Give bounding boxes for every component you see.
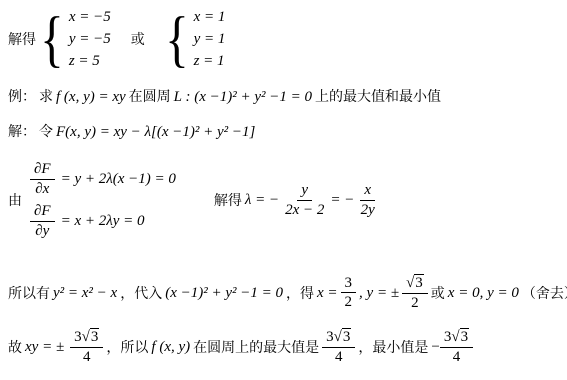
equation-system-right: x = 1 y = 1 z = 1	[194, 6, 226, 72]
substitution-line: 所以有 y² = x² − x ，代入 (x −1)² + y² −1 = 0 …	[8, 274, 567, 311]
lambda-lhs: λ = −	[245, 190, 279, 210]
objective-function: f (x, y) = xy	[56, 87, 126, 107]
solution-systems-line: 解得 { x = −5 y = −5 z = 5 或 { x = 1 y = 1…	[8, 6, 225, 72]
example-statement-line: 例： 求 f (x, y) = xy 在圆周 L : (x −1)² + y² …	[8, 86, 441, 107]
fraction-dFdy: ∂F ∂y	[30, 203, 55, 239]
equation-dFdx: ∂F ∂x = y + 2λ(x −1) = 0	[27, 161, 176, 197]
radical-sign: √	[406, 275, 414, 292]
solve-label: 解得	[8, 29, 36, 49]
derivative-equations: ∂F ∂x = y + 2λ(x −1) = 0 ∂F ∂y = x + 2λy…	[27, 161, 176, 239]
max-value-text: 在圆周上的最大值是	[193, 337, 319, 357]
radicand: 3	[90, 328, 100, 346]
lagrange-function: F(x, y) = xy − λ[(x −1)² + y² −1]	[56, 122, 255, 142]
hence-label: 故	[8, 337, 22, 357]
equation: y = −5	[69, 28, 111, 50]
x-value-lhs: x =	[317, 283, 338, 303]
objective-function: f (x, y)	[151, 337, 190, 357]
math-document-page: 解得 { x = −5 y = −5 z = 5 或 { x = 1 y = 1…	[0, 0, 567, 380]
constraint-curve: L : (x −1)² + y² −1 = 0	[174, 87, 312, 107]
coefficient: 3	[326, 329, 334, 346]
partial-derivatives-block: 由 ∂F ∂x = y + 2λ(x −1) = 0 ∂F ∂y = x + 2…	[8, 161, 378, 239]
minus-sign: −	[431, 337, 439, 357]
fraction-dFdx: ∂F ∂x	[30, 161, 55, 197]
fraction-y-over-2x-2: y 2x − 2	[285, 182, 324, 218]
radical-sign: √	[334, 329, 342, 346]
equation: z = 5	[69, 50, 111, 72]
zero-solution: x = 0, y = 0	[448, 283, 519, 303]
fraction-x-over-2y: x 2y	[360, 182, 375, 218]
lagrange-setup-line: 解： 令 F(x, y) = xy − λ[(x −1)² + y² −1]	[8, 121, 258, 142]
conclusion-line: 故 xy = ± 3 √ 3 4 ，所以 f (x, y) 在圆周上的最大值是 …	[8, 328, 476, 365]
equation-dFdy: ∂F ∂y = x + 2λy = 0	[27, 203, 176, 239]
fraction-3-over-2: 3 2	[341, 275, 357, 311]
equation: y = 1	[194, 28, 226, 50]
equation-system-left: x = −5 y = −5 z = 5	[69, 6, 111, 72]
radical-sign: √	[451, 329, 459, 346]
y-value-lhs: , y = ±	[359, 283, 399, 303]
lambda-solution: 解得 λ = − y 2x − 2 = − x 2y	[214, 182, 378, 218]
relation-y2: y² = x² − x	[53, 283, 117, 303]
lambda-mid: = −	[330, 190, 354, 210]
example-mid-text: 在圆周	[129, 86, 171, 106]
fraction-3sqrt3-over-4: 3 √ 3 4	[322, 328, 355, 365]
left-brace: {	[40, 3, 64, 74]
so-text: ，所以	[106, 337, 148, 357]
left-brace: {	[165, 3, 189, 74]
equation: x = −5	[69, 6, 111, 28]
min-value-text: ，最小值是	[358, 337, 428, 357]
equation: z = 1	[194, 50, 226, 72]
equation-rhs: = x + 2λy = 0	[61, 211, 145, 231]
radicand: 3	[414, 274, 424, 292]
fraction-3sqrt3-over-4: 3 √ 3 4	[70, 328, 103, 365]
or-label: 或	[431, 283, 445, 303]
coefficient: 3	[444, 329, 452, 346]
fraction-3sqrt3-over-4: 3 √ 3 4	[440, 328, 473, 365]
therefore-label: 所以有	[8, 283, 50, 303]
constraint-curve: (x −1)² + y² −1 = 0	[165, 283, 283, 303]
xy-value-lhs: xy = ±	[25, 337, 64, 357]
rejected-note: （舍去）	[522, 283, 567, 303]
equation: x = 1	[194, 6, 226, 28]
radicand: 3	[342, 328, 352, 346]
example-verb: 求	[39, 86, 53, 106]
example-prefix: 例：	[8, 86, 36, 106]
setup-verb: 令	[39, 121, 53, 141]
radical-sign: √	[82, 329, 90, 346]
equation-rhs: = y + 2λ(x −1) = 0	[61, 169, 176, 189]
coefficient: 3	[74, 329, 82, 346]
radicand: 3	[460, 328, 470, 346]
solve-label: 解得	[214, 190, 242, 210]
fraction-sqrt3-over-2: √ 3 2	[402, 274, 428, 311]
substitute-text: ，代入	[120, 283, 162, 303]
setup-prefix: 解：	[8, 121, 36, 141]
or-label: 或	[131, 29, 145, 49]
example-suffix: 上的最大值和最小值	[315, 86, 441, 106]
from-label: 由	[8, 190, 22, 210]
get-text: ，得	[286, 283, 314, 303]
